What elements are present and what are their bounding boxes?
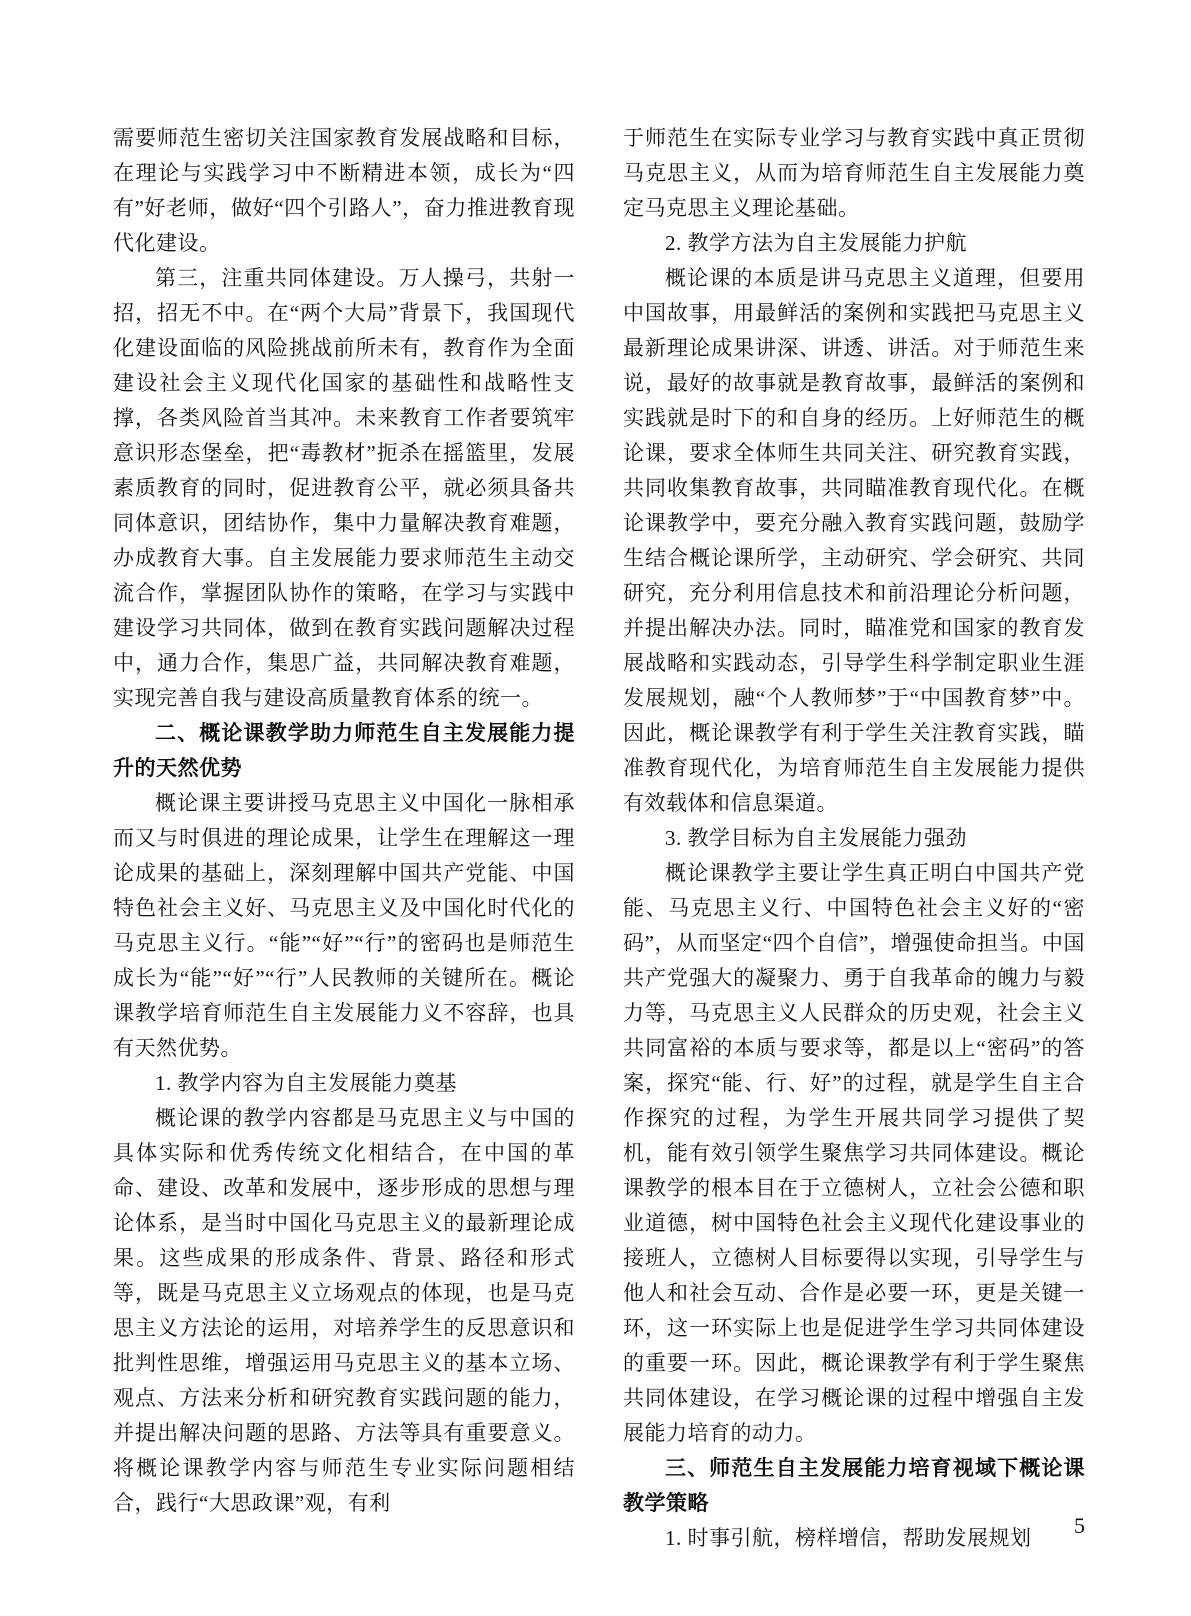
two-column-text-area: 需要师范生密切关注国家教育发展战略和目标，在理论与实践学习中不断精进本领，成长为… [113, 121, 1085, 1556]
paragraph: 第三，注重共同体建设。万人操弓，共射一招，招无不中。在“两个大局”背景下，我国现… [113, 261, 575, 716]
subsection-heading: 1. 教学内容为自主发展能力奠基 [113, 1066, 575, 1101]
section-heading: 三、师范生自主发展能力培育视域下概论课教学策略 [623, 1451, 1085, 1521]
paragraph: 需要师范生密切关注国家教育发展战略和目标，在理论与实践学习中不断精进本领，成长为… [113, 121, 575, 261]
paragraph: 概论课教学主要让学生真正明白中国共产党能、马克思主义行、中国特色社会主义好的“密… [623, 856, 1085, 1451]
paragraph: 概论课的教学内容都是马克思主义与中国的具体实际和优秀传统文化相结合，在中国的革命… [113, 1101, 575, 1521]
paragraph: 于师范生在实际专业学习与教育实践中真正贯彻马克思主义，从而为培育师范生自主发展能… [623, 121, 1085, 226]
subsection-heading: 2. 教学方法为自主发展能力护航 [623, 226, 1085, 261]
paragraph: 概论课的本质是讲马克思主义道理，但要用中国故事，用最鲜活的案例和实践把马克思主义… [623, 261, 1085, 821]
left-column: 需要师范生密切关注国家教育发展战略和目标，在理论与实践学习中不断精进本领，成长为… [113, 121, 575, 1556]
paragraph: 概论课主要讲授马克思主义中国化一脉相承而又与时俱进的理论成果，让学生在理解这一理… [113, 786, 575, 1066]
page-number: 5 [1045, 1508, 1085, 1543]
document-page: { "page": { "number": "5" }, "left_colum… [0, 0, 1191, 1616]
section-heading: 二、概论课教学助力师范生自主发展能力提升的天然优势 [113, 716, 575, 786]
subsection-heading: 1. 时事引航，榜样增信，帮助发展规划 [623, 1521, 1085, 1556]
subsection-heading: 3. 教学目标为自主发展能力强劲 [623, 821, 1085, 856]
right-column: 于师范生在实际专业学习与教育实践中真正贯彻马克思主义，从而为培育师范生自主发展能… [623, 121, 1085, 1556]
